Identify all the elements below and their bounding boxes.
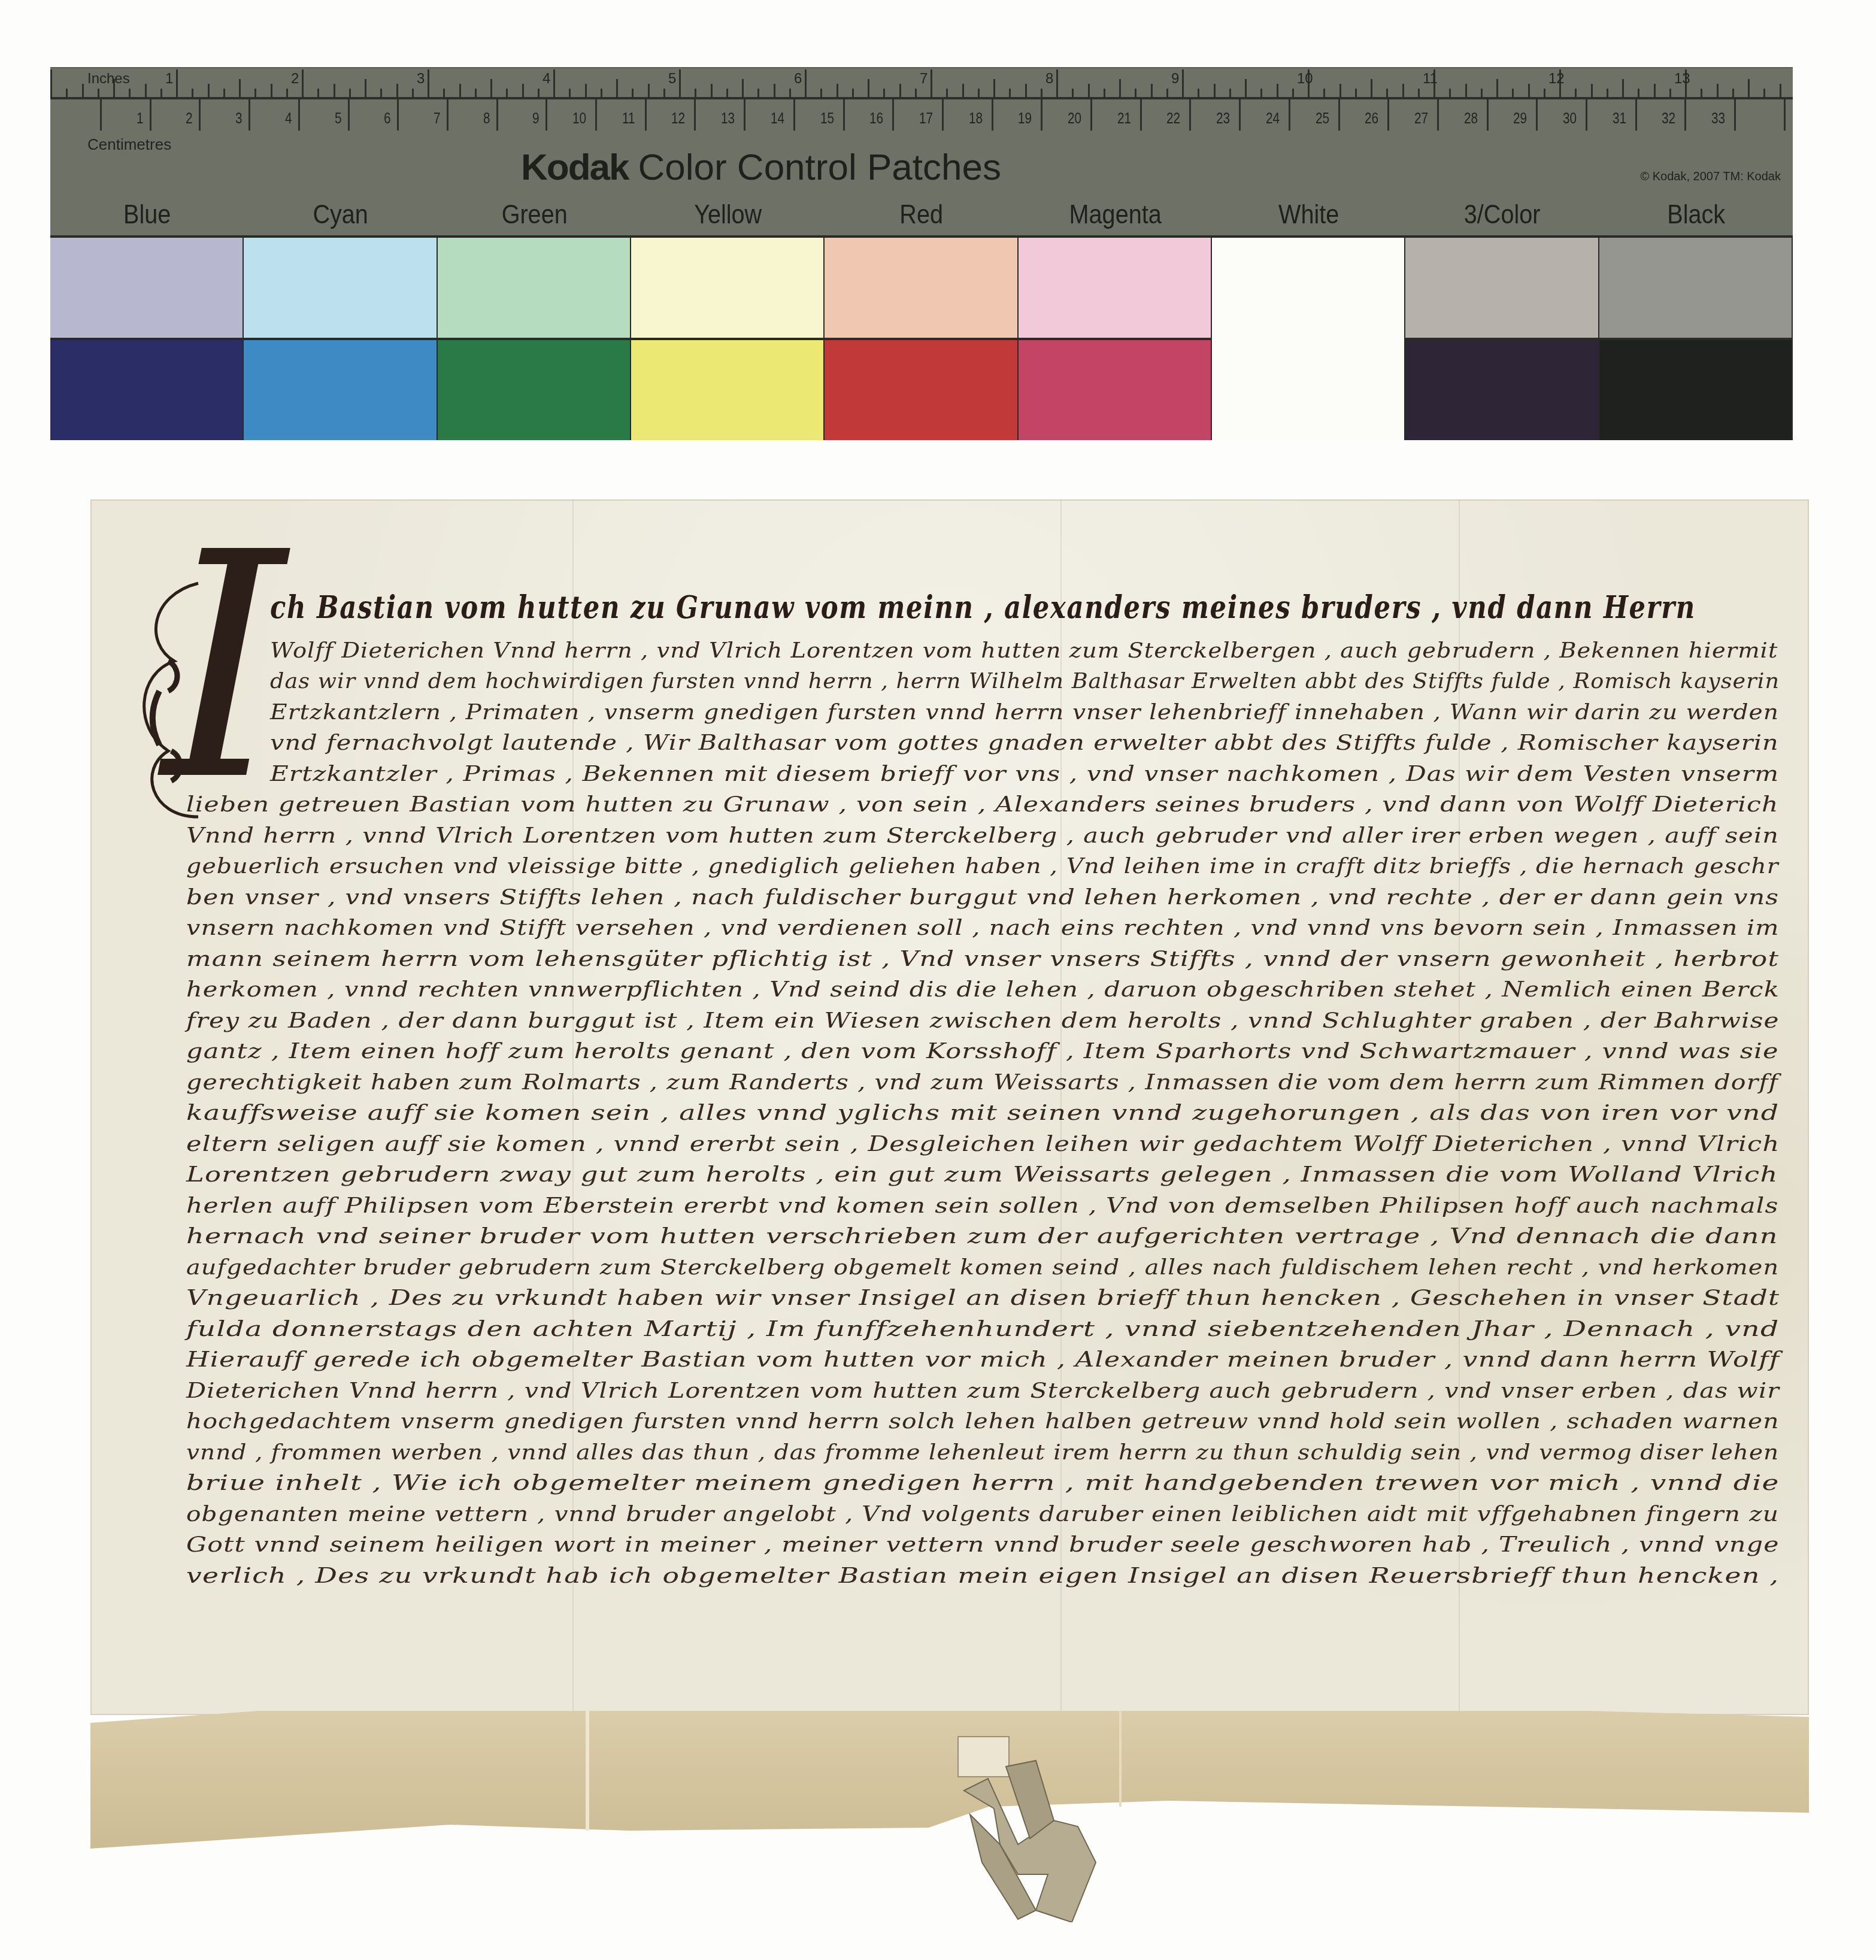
inch-number: 4 [543, 71, 550, 87]
inch-tick [1339, 84, 1341, 97]
patch-green-dark [438, 340, 631, 440]
cm-tick [298, 99, 300, 131]
cm-number: 5 [335, 109, 342, 128]
manuscript-line: hochgedachtem vnserm gnedigen fursten vn… [186, 1409, 1780, 1434]
inch-tick [176, 69, 178, 97]
inch-number: 10 [1297, 71, 1313, 87]
inch-tick [993, 79, 995, 97]
cm-tick [1338, 99, 1340, 131]
decorated-initial: I [162, 511, 285, 823]
inch-tick [1575, 89, 1577, 97]
inch-tick [443, 89, 445, 97]
manuscript-line: Vnnd herrn , vnnd Vlrich Lorentzen vom h… [186, 823, 1779, 848]
patch-3-color-light [1405, 238, 1599, 338]
inch-tick [475, 89, 477, 97]
patch-yellow-light [631, 238, 825, 338]
inch-tick [1717, 84, 1719, 97]
inch-tick [1198, 89, 1199, 97]
inch-tick [1214, 84, 1216, 97]
inch-tick [1088, 84, 1090, 97]
cm-number: 26 [1365, 109, 1378, 128]
cm-number: 29 [1513, 109, 1527, 128]
inch-tick [317, 89, 319, 97]
inch-tick [1386, 89, 1388, 97]
inch-tick [852, 89, 854, 97]
inch-tick [569, 89, 571, 97]
cm-tick [1684, 99, 1686, 131]
cm-tick [1586, 99, 1587, 131]
inch-tick [1512, 89, 1514, 97]
inch-tick [757, 89, 759, 97]
inch-tick [1355, 89, 1357, 97]
cm-number: 23 [1216, 109, 1230, 128]
patch-row-divider [1405, 338, 1793, 340]
inch-tick [946, 89, 948, 97]
inch-number: 5 [668, 71, 676, 87]
cm-number: 17 [919, 109, 933, 128]
inch-tick [208, 84, 210, 97]
inch-tick [695, 89, 696, 97]
target-title-text: Color Control Patches [638, 147, 1001, 188]
inch-tick [1465, 84, 1467, 97]
charter-parchment: I ch Bastian vom hutten zu Grunaw vom me… [90, 499, 1809, 1715]
inch-tick [1481, 89, 1483, 97]
inch-tick [1323, 89, 1325, 97]
inch-tick [1025, 84, 1027, 97]
inches-label: Inches [87, 71, 130, 87]
inch-tick [396, 84, 398, 97]
cm-tick [744, 99, 745, 131]
inch-tick [1009, 89, 1011, 97]
manuscript-line: eltern seligen auff sie komen , vnnd ere… [186, 1132, 1780, 1156]
inch-tick [1072, 89, 1074, 97]
inch-tick [632, 89, 634, 97]
inch-number: 8 [1045, 71, 1053, 87]
cm-number: 25 [1316, 109, 1329, 128]
inch-number: 7 [920, 71, 928, 87]
inch-tick [459, 84, 461, 97]
cm-tick [1140, 99, 1142, 131]
manuscript-line: gantz , Item einen hoff zum herolts gena… [186, 1039, 1779, 1064]
cm-tick [248, 99, 250, 131]
inch-tick [365, 79, 366, 97]
inch-tick [1544, 89, 1545, 97]
inch-tick [239, 79, 241, 97]
cm-tick [1387, 99, 1389, 131]
manuscript-line: ch Bastian vom hutten zu Grunaw vom mein… [270, 589, 1696, 626]
inch-tick [837, 84, 838, 97]
patch-3-color-dark [1405, 340, 1599, 440]
inch-tick [899, 84, 901, 97]
inch-tick [1104, 89, 1105, 97]
inch-tick [648, 84, 650, 97]
cm-number: 33 [1711, 109, 1725, 128]
cm-number: 15 [820, 109, 834, 128]
manuscript-line: herkomen , vnnd rechten vnnwerpflichten … [186, 977, 1780, 1002]
cm-tick [595, 99, 597, 131]
manuscript-line: Vngeuarlich , Des zu vrkundt haben wir v… [186, 1286, 1780, 1310]
inch-tick [726, 89, 728, 97]
inch-tick [616, 79, 618, 97]
cm-tick [1090, 99, 1092, 131]
patch-magenta-dark [1019, 340, 1212, 440]
cm-tick [1041, 99, 1042, 131]
patch-label: Magenta [1028, 200, 1202, 230]
patch-red-light [825, 238, 1018, 338]
cm-number: 12 [671, 109, 685, 128]
cm-tick [892, 99, 894, 131]
inch-tick [601, 89, 602, 97]
cm-number: 16 [869, 109, 883, 128]
cm-number: 21 [1117, 109, 1131, 128]
cm-tick [694, 99, 696, 131]
inch-tick [302, 69, 304, 97]
cm-tick [1189, 99, 1191, 131]
patch-black-dark [1599, 340, 1793, 440]
cm-tick [843, 99, 845, 131]
inch-tick [868, 79, 869, 97]
manuscript-line: hernach vnd seiner bruder vom hutten ver… [186, 1224, 1778, 1249]
inch-tick [271, 84, 272, 97]
inch-tick [553, 69, 555, 97]
inch-tick [742, 79, 744, 97]
cm-number: 9 [532, 109, 540, 128]
inch-number: 3 [417, 71, 425, 87]
inch-tick [774, 84, 775, 97]
inch-number: 13 [1674, 71, 1690, 87]
cm-tick [1487, 99, 1489, 131]
cm-tick [496, 99, 498, 131]
inch-tick [1622, 79, 1624, 97]
cm-number: 10 [572, 109, 586, 128]
manuscript-line: Lorentzen gebrudern zway gut zum herolts… [186, 1162, 1778, 1187]
inch-tick [334, 84, 335, 97]
patch-red-dark [825, 340, 1018, 440]
cm-tick [992, 99, 993, 131]
seal-ribbon [898, 1755, 1138, 1922]
inch-tick [1041, 89, 1042, 97]
patch-black-light [1599, 238, 1793, 338]
inch-tick [1119, 79, 1121, 97]
cm-tick [199, 99, 201, 131]
cm-number: 2 [186, 109, 193, 128]
manuscript-line: gerechtigkeit haben zum Rolmarts , zum R… [186, 1070, 1778, 1095]
inch-tick [978, 89, 980, 97]
patch-blue-light [50, 238, 244, 338]
patch-label: Red [834, 200, 1008, 230]
inch-tick [1732, 89, 1734, 97]
patch-white-light [1212, 238, 1405, 440]
inch-tick [160, 89, 162, 97]
inch-tick [663, 89, 665, 97]
target-title: KodakColor Control Patches [521, 146, 1001, 189]
manuscript-line: kauffsweise auff sie komen sein , alles … [186, 1101, 1779, 1125]
inch-tick [380, 89, 382, 97]
inch-tick [1182, 69, 1184, 97]
inch-number: 1 [165, 71, 173, 87]
inch-tick [82, 84, 84, 97]
inch-tick [412, 89, 414, 97]
inch-tick [789, 89, 791, 97]
inch-tick [1135, 89, 1136, 97]
manuscript-line: herlen auff Philipsen vom Eberstein erer… [186, 1193, 1779, 1218]
inch-tick [223, 89, 225, 97]
inch-tick [490, 79, 492, 97]
cm-tick [1784, 99, 1786, 131]
patch-label: Black [1609, 200, 1783, 230]
inch-tick [129, 89, 131, 97]
cm-number: 11 [622, 109, 635, 128]
inch-tick [192, 89, 193, 97]
cm-tick [645, 99, 647, 131]
cm-tick [447, 99, 448, 131]
inch-tick [1371, 79, 1372, 97]
cm-number: 1 [137, 109, 144, 128]
inch-tick [254, 89, 256, 97]
inch-tick [1151, 84, 1153, 97]
inch-tick [820, 89, 822, 97]
inch-tick [145, 84, 147, 97]
inch-tick [1701, 89, 1702, 97]
copyright-text: © Kodak, 2007 TM: Kodak [1640, 170, 1781, 184]
manuscript-line: Ertzkantzlern , Primaten , vnserm gnedig… [270, 700, 1779, 725]
cm-tick [1734, 99, 1736, 131]
cm-number: 3 [235, 109, 243, 128]
cm-tick [1635, 99, 1637, 131]
inch-tick [711, 84, 713, 97]
kodak-brand: Kodak [521, 147, 628, 188]
manuscript-line: das wir vnnd dem hochwirdigen fursten vn… [270, 669, 1780, 693]
patch-cyan-light [244, 238, 437, 338]
cm-number: 8 [483, 109, 490, 128]
cm-tick [793, 99, 795, 131]
cm-number: 30 [1563, 109, 1577, 128]
patch-yellow-dark [631, 340, 825, 440]
inch-tick [66, 89, 68, 97]
manuscript-line: Dieterichen Vnnd herrn , vnd Vlrich Lore… [186, 1379, 1780, 1403]
cm-tick [150, 99, 151, 131]
cm-number: 31 [1613, 109, 1626, 128]
inch-tick [1607, 89, 1608, 97]
patch-row-divider [50, 338, 1212, 340]
cm-number: 27 [1414, 109, 1428, 128]
cm-number: 7 [434, 109, 441, 128]
cm-number: 4 [285, 109, 292, 128]
inch-tick [1418, 89, 1420, 97]
cm-tick [100, 99, 102, 131]
patch-label: Green [447, 200, 622, 230]
cm-tick [1536, 99, 1538, 131]
cm-number: 18 [969, 109, 983, 128]
cm-tick [1437, 99, 1439, 131]
cm-number: 13 [721, 109, 735, 128]
inch-tick [883, 89, 885, 97]
manuscript-line: gebuerlich ersuchen vnd vleissige bitte … [186, 854, 1779, 878]
color-patches [50, 238, 1793, 441]
inch-tick [349, 89, 351, 97]
manuscript-line: Wolff Dieterichen Vnnd herrn , vnd Vlric… [270, 638, 1778, 663]
inch-tick [805, 69, 807, 97]
cm-number: 6 [384, 109, 391, 128]
manuscript-line: briue inhelt , Wie ich obgemelter meinem… [186, 1471, 1780, 1495]
cm-tick [1239, 99, 1241, 131]
manuscript-line: vnsern nachkomen vnd Stifft versehen , v… [186, 916, 1780, 940]
patch-cyan-dark [244, 340, 437, 440]
patch-label: Cyan [253, 200, 428, 230]
kodak-color-target-ruler: 1234567891011121312345678910111213141516… [50, 67, 1793, 239]
inch-tick [1654, 84, 1656, 97]
patch-label: Yellow [641, 200, 815, 230]
cm-tick [545, 99, 547, 131]
cm-number: 14 [771, 109, 784, 128]
manuscript-line: ben vnser , vnd vnsers Stiffts lehen , n… [186, 885, 1779, 910]
inch-tick [1780, 84, 1781, 97]
inch-tick [50, 69, 52, 97]
manuscript-line: verlich , Des zu vrkundt hab ich obgemel… [186, 1564, 1779, 1588]
inch-tick [1260, 89, 1262, 97]
inch-tick [679, 69, 681, 97]
cm-tick [942, 99, 944, 131]
manuscript-line: lieben getreuen Bastian vom hutten zu Gr… [186, 792, 1779, 817]
inch-tick [428, 69, 429, 97]
manuscript-line: vnd fernachvolgt lautende , Wir Balthasa… [270, 731, 1779, 755]
inch-tick [1638, 89, 1639, 97]
cm-number: 32 [1662, 109, 1675, 128]
inch-tick [1245, 79, 1247, 97]
cm-tick [348, 99, 350, 131]
inch-tick [522, 84, 524, 97]
patch-blue-dark [50, 340, 244, 440]
inch-tick [1591, 84, 1593, 97]
inch-tick [931, 69, 932, 97]
inch-number: 9 [1171, 71, 1179, 87]
inch-tick [1669, 89, 1671, 97]
centimetres-label: Centimetres [87, 135, 171, 154]
inch-tick [1748, 79, 1750, 97]
manuscript-line: frey zu Baden , der dann burggut ist , I… [186, 1008, 1780, 1033]
patch-label: White [1222, 200, 1396, 230]
manuscript-line: mann seinem herrn vom lehensgüter pflich… [186, 947, 1779, 971]
patch-green-light [438, 238, 631, 338]
inch-tick [1056, 69, 1058, 97]
inch-tick [585, 84, 587, 97]
inch-number: 2 [291, 71, 299, 87]
inch-tick [1166, 89, 1168, 97]
inch-tick [538, 89, 540, 97]
inch-tick [286, 89, 288, 97]
cm-tick [397, 99, 399, 131]
manuscript-line: vnnd , frommen werben , vnnd alles das t… [186, 1440, 1779, 1465]
manuscript-line: Gott vnnd seinem heiligen wort in meiner… [186, 1532, 1780, 1557]
ruler-divider [50, 97, 1793, 99]
inch-tick [1402, 84, 1404, 97]
inch-tick [962, 84, 964, 97]
inch-tick [915, 89, 917, 97]
inch-tick [1496, 79, 1498, 97]
inch-tick [1763, 89, 1765, 97]
manuscript-line: Hierauff gerede ich obgemelter Bastian v… [186, 1347, 1780, 1372]
cm-number: 22 [1166, 109, 1180, 128]
cm-number: 24 [1266, 109, 1280, 128]
manuscript-line: obgenanten meine vettern , vnnd bruder a… [186, 1502, 1779, 1526]
manuscript-line: fulda donnerstags den achten Martij , Im… [186, 1317, 1779, 1341]
inch-tick [1277, 84, 1278, 97]
cm-number: 20 [1068, 109, 1081, 128]
cm-number: 28 [1464, 109, 1478, 128]
inch-number: 6 [794, 71, 802, 87]
inch-tick [1229, 89, 1231, 97]
inch-tick [1528, 84, 1530, 97]
manuscript-line: aufgedachter bruder gebrudern zum Sterck… [186, 1255, 1779, 1280]
patch-magenta-light [1019, 238, 1212, 338]
inch-number: 12 [1548, 71, 1565, 87]
cm-tick [1289, 99, 1290, 131]
inch-tick [1292, 89, 1294, 97]
patch-label: 3/Color [1415, 200, 1589, 230]
inch-tick [506, 89, 508, 97]
inch-number: 11 [1423, 71, 1438, 87]
manuscript-line: Ertzkantzler , Primas , Bekennen mit die… [270, 762, 1779, 786]
patch-label: Blue [60, 200, 234, 230]
cm-number: 19 [1018, 109, 1032, 128]
inch-tick [1449, 89, 1451, 97]
inch-tick [98, 89, 99, 97]
